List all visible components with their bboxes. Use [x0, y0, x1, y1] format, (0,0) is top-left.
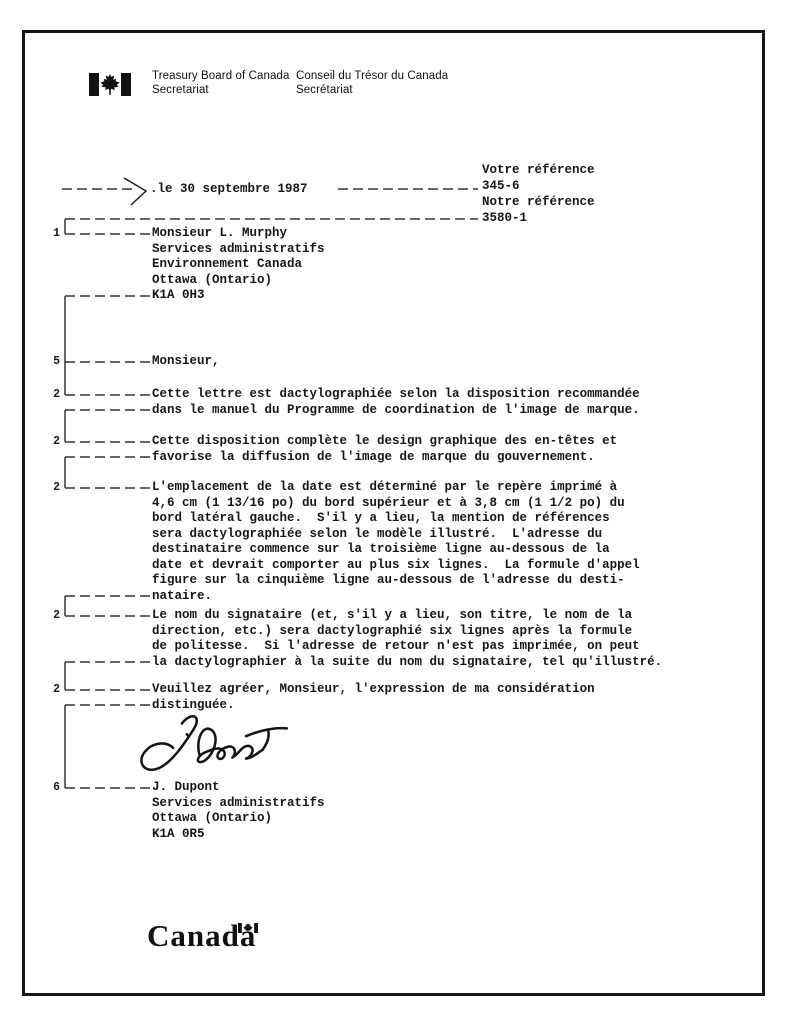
our-reference-label: Notre référence: [482, 195, 595, 211]
signature-block: J. Dupont Services administratifs Ottawa…: [152, 780, 325, 842]
recipient-address: Monsieur L. Murphy Services administrati…: [152, 226, 325, 304]
spacing-marker: 2: [36, 480, 60, 496]
spacing-marker: 2: [36, 387, 60, 403]
date-line: .le 30 septembre 1987: [150, 182, 308, 198]
body-paragraph: Cette lettre est dactylographiée selon l…: [152, 387, 640, 418]
spacing-marker: 1: [36, 226, 60, 242]
body-paragraph: Le nom du signataire (et, s'il y a lieu,…: [152, 608, 662, 670]
department-name-english: Treasury Board of Canada Secretariat: [152, 70, 290, 97]
your-reference-label: Votre référence: [482, 163, 595, 179]
spacing-marker: 2: [36, 608, 60, 624]
spacing-marker: 2: [36, 434, 60, 450]
department-name-french: Conseil du Trésor du Canada Secrétariat: [296, 70, 448, 97]
salutation: Monsieur,: [152, 354, 220, 370]
letter-page: Treasury Board of Canada Secretariat Con…: [0, 0, 800, 1029]
handwritten-signature: [131, 708, 293, 778]
body-paragraph: L'emplacement de la date est déterminé p…: [152, 480, 640, 604]
canada-wordmark-flag-icon: [238, 923, 258, 933]
canada-flag-icon: [89, 73, 131, 96]
your-reference-value: 345-6: [482, 179, 520, 195]
our-reference-value: 3580-1: [482, 211, 527, 227]
body-paragraph: Cette disposition complète le design gra…: [152, 434, 617, 465]
spacing-marker: 2: [36, 682, 60, 698]
spacing-marker: 5: [36, 354, 60, 370]
spacing-marker: 6: [36, 780, 60, 796]
